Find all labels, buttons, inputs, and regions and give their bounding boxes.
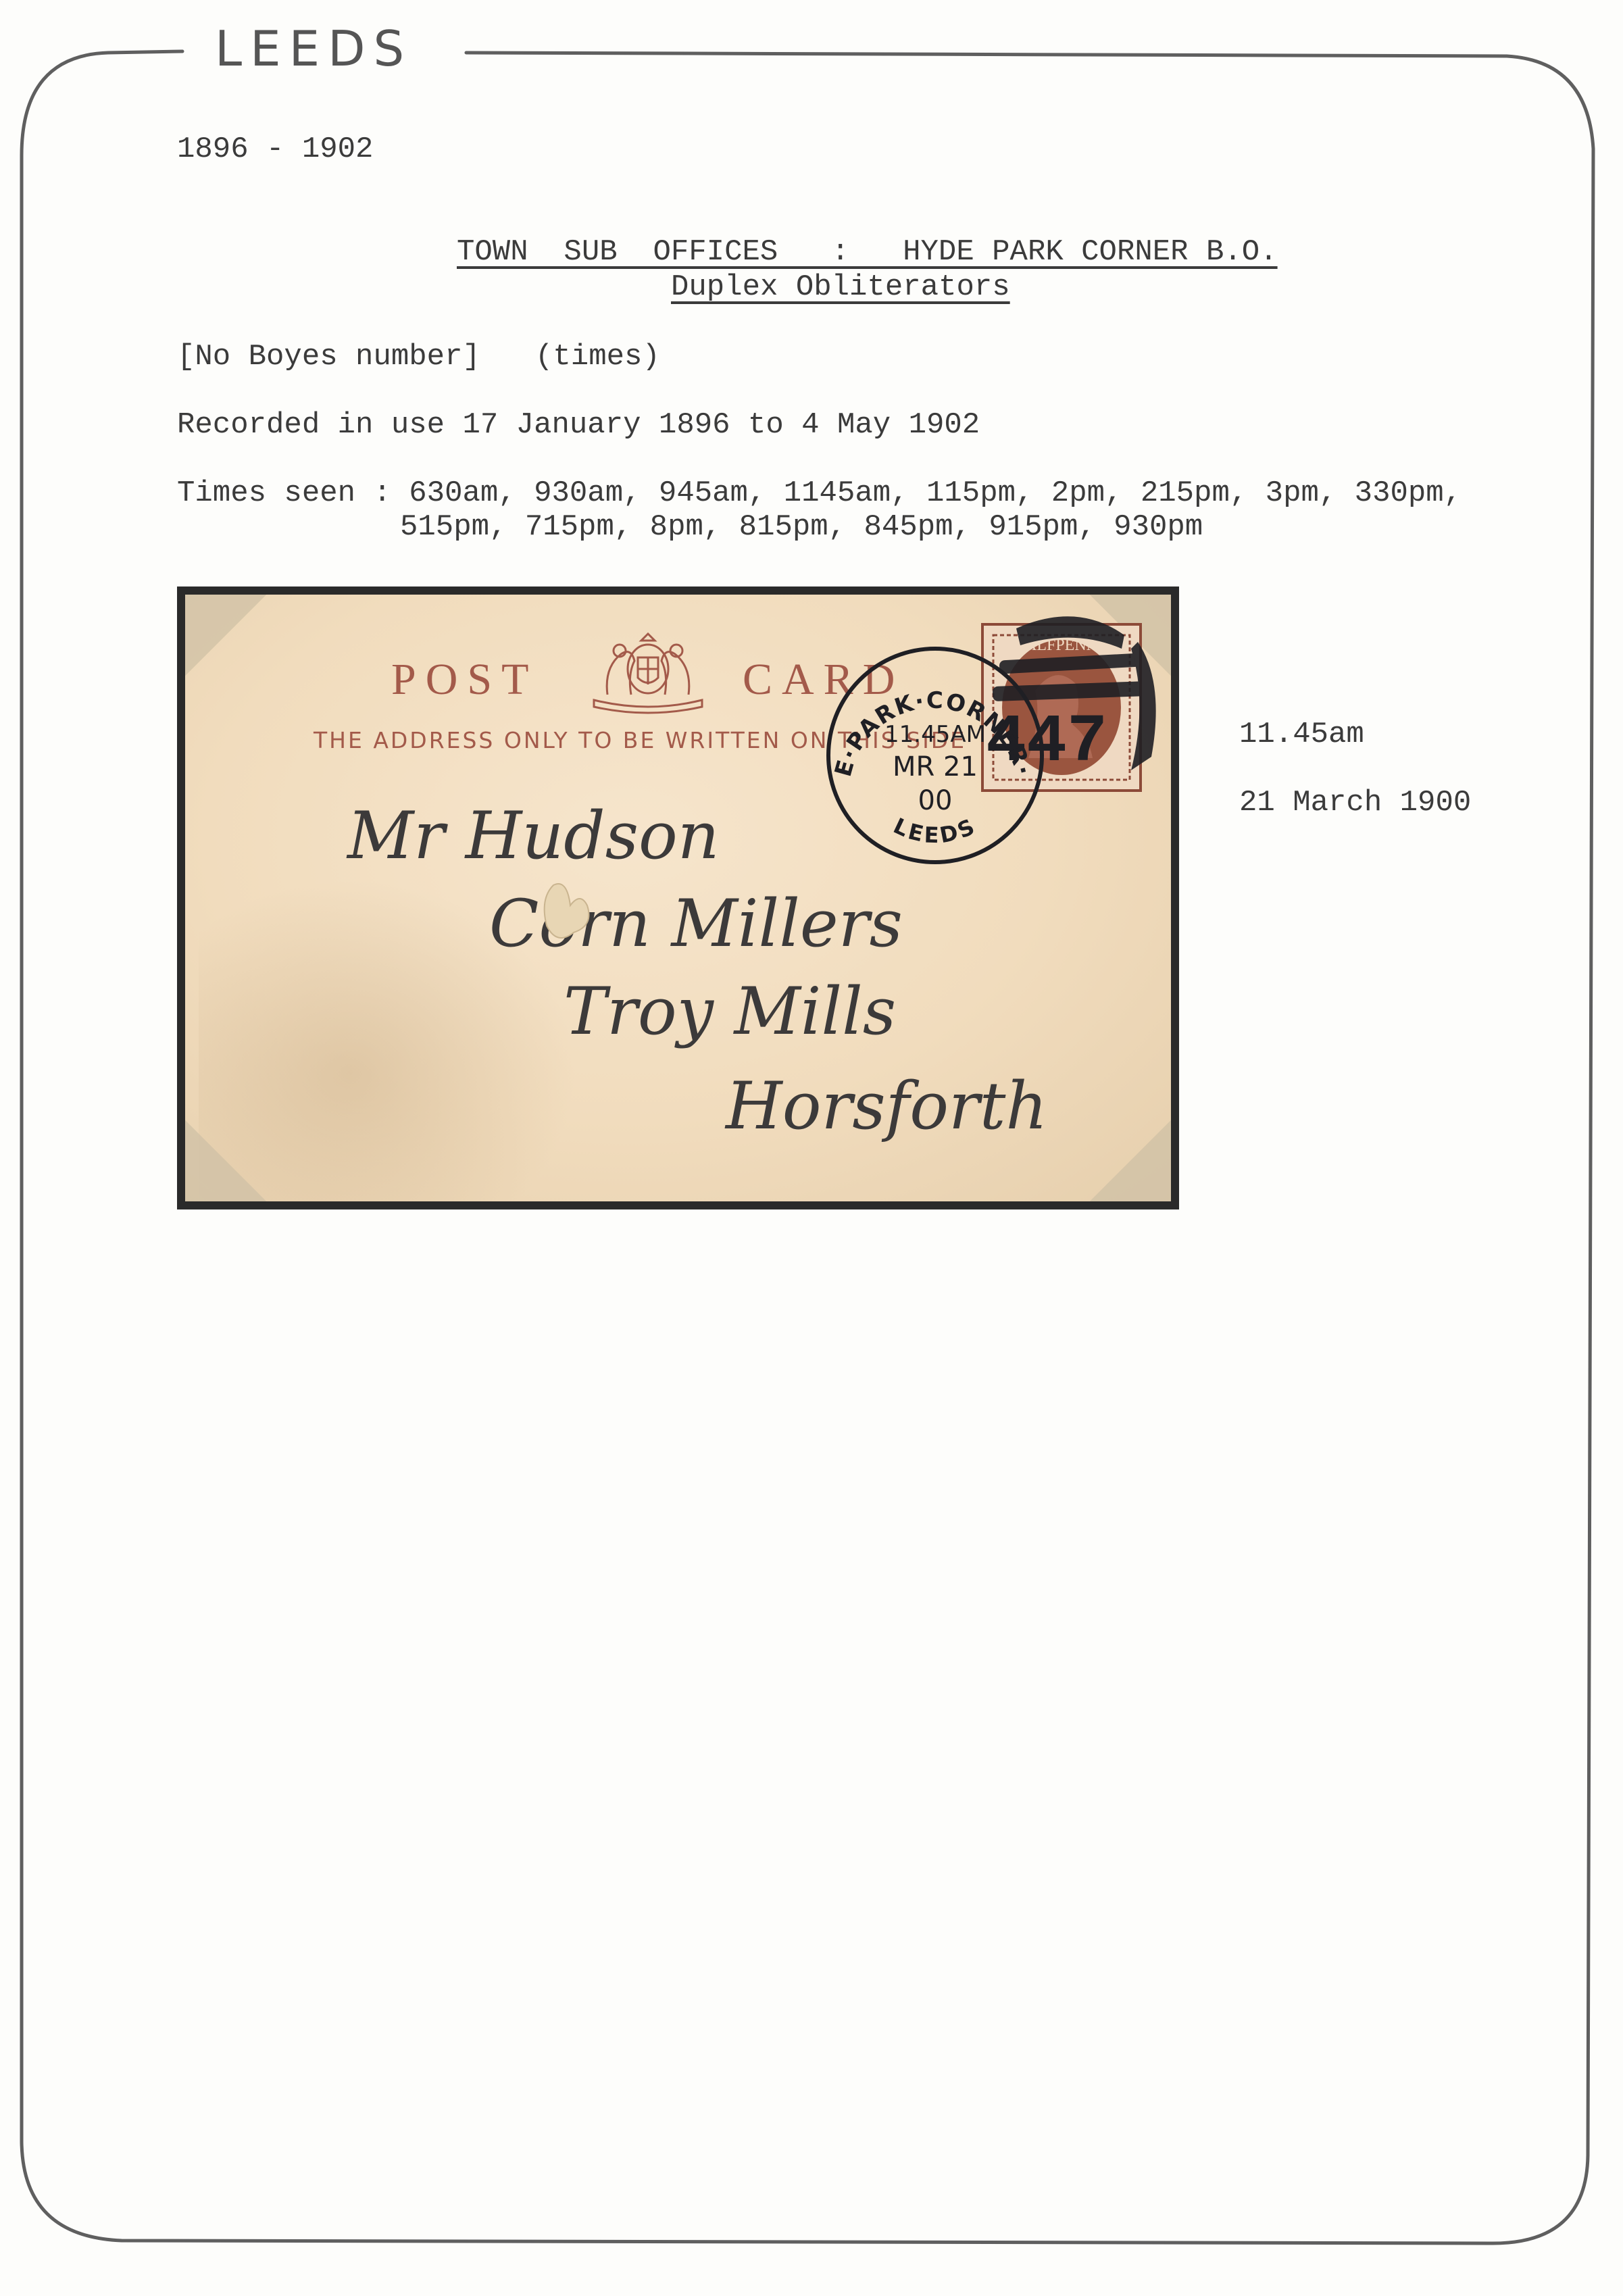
annotation-time: 11.45am [1239, 718, 1364, 751]
postcard: POST CARD THE ADDRESS ONLY TO BE WRITTEN… [185, 595, 1171, 1201]
svg-text:LEEDS: LEEDS [889, 813, 980, 849]
times-seen-line-2: 515pm, 715pm, 8pm, 815pm, 845pm, 915pm, … [400, 510, 1203, 544]
annotation-date: 21 March 1900 [1239, 786, 1471, 820]
royal-coat-of-arms-icon [580, 627, 716, 715]
photo-corner [1090, 1120, 1171, 1201]
photo-corner [185, 595, 266, 676]
boyes-note: [No Boyes number] [177, 340, 480, 374]
album-title: LEEDS [215, 20, 412, 77]
recorded-period: Recorded in use 17 January 1896 to 4 May… [177, 408, 980, 442]
postmark-year: 00 [918, 785, 953, 816]
address-line-3: Troy Mills [564, 974, 896, 1049]
address-line-1: Mr Hudson [346, 798, 720, 874]
postmark-time: 11.45AM [884, 721, 986, 748]
postmark-town: LEEDS [889, 813, 980, 849]
age-stain [199, 878, 577, 1201]
date-range: 1896 - 1902 [177, 132, 373, 166]
type-note: (times) [535, 340, 660, 374]
postcard-title-left: POST [391, 654, 538, 705]
circular-datestamp-postmark: HYDE·PARK·CORNER·B.O. LEEDS 11.45AM MR 2… [820, 641, 1050, 870]
page-heading: TOWN SUB OFFICES : HYDE PARK CORNER B.O. [457, 235, 1278, 269]
address-line-4: Horsforth [724, 1068, 1047, 1144]
page-subheading: Duplex Obliterators [671, 270, 1010, 304]
postcard-mount: POST CARD THE ADDRESS ONLY TO BE WRITTEN… [177, 587, 1179, 1209]
times-seen-line-1: Times seen : 630am, 930am, 945am, 1145am… [177, 476, 1462, 510]
postmark-date: MR 21 [893, 751, 978, 782]
